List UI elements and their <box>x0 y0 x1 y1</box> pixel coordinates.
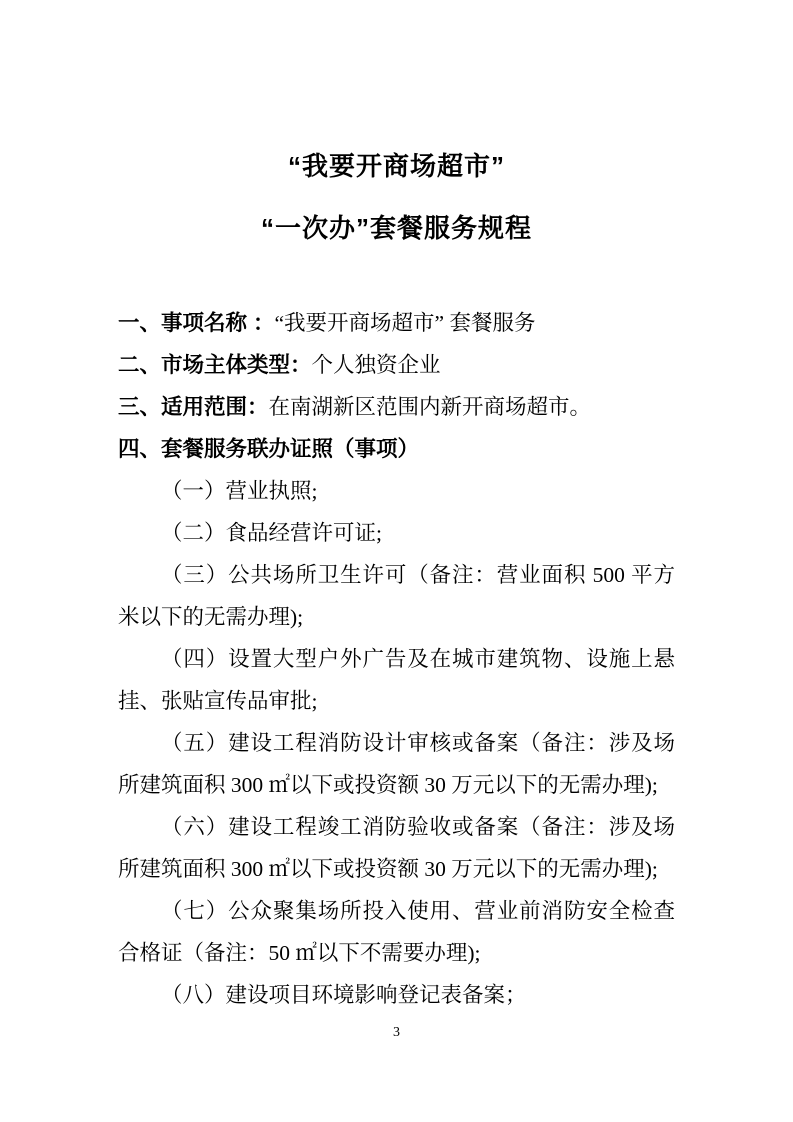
document-page: “我要开商场超市” “一次办”套餐服务规程 一、事项名称 ：“我要开商场超市” … <box>0 0 793 1122</box>
list-item: （二）食品经营许可证; <box>118 512 675 554</box>
list-item: （五）建设工程消防设计审核或备案（备注：涉及场所建筑面积 300 ㎡以下或投资额… <box>118 722 675 806</box>
section-label: 四、套餐服务联办证照（事项） <box>118 437 419 461</box>
section-value: 个人独资企业 <box>312 353 441 377</box>
page-number: 3 <box>0 1024 793 1042</box>
section-value: “我要开商场超市” 套餐服务 <box>274 311 535 335</box>
section-label: 一、事项名称 ： <box>118 311 274 335</box>
section-heading-scope: 三、适用范围：在南湖新区范围内新开商场超市。 <box>118 386 675 428</box>
doc-title-line2: “一次办”套餐服务规程 <box>118 212 675 244</box>
section-heading-licenses: 四、套餐服务联办证照（事项） <box>118 428 675 470</box>
section-label: 三、适用范围： <box>118 395 269 419</box>
list-item: （六）建设工程竣工消防验收或备案（备注：涉及场所建筑面积 300 ㎡以下或投资额… <box>118 806 675 890</box>
list-item: （一）营业执照; <box>118 470 675 512</box>
section-label: 二、市场主体类型： <box>118 353 312 377</box>
list-item: （七）公众聚集场所投入使用、营业前消防安全检查合格证（备注：50 ㎡以下不需要办… <box>118 890 675 974</box>
list-item: （八）建设项目环境影响登记表备案； <box>118 974 675 1016</box>
list-item: （四）设置大型户外广告及在城市建筑物、设施上悬挂、张贴宣传品审批; <box>118 638 675 722</box>
document-content: “我要开商场超市” “一次办”套餐服务规程 一、事项名称 ：“我要开商场超市” … <box>118 150 675 1016</box>
section-value: 在南湖新区范围内新开商场超市。 <box>269 395 592 419</box>
list-item: （三）公共场所卫生许可（备注：营业面积 500 平方米以下的无需办理); <box>118 554 675 638</box>
section-heading-entity-type: 二、市场主体类型：个人独资企业 <box>118 344 675 386</box>
doc-title-line1: “我要开商场超市” <box>118 150 675 182</box>
section-heading-item-name: 一、事项名称 ：“我要开商场超市” 套餐服务 <box>118 302 675 344</box>
doc-body: 一、事项名称 ：“我要开商场超市” 套餐服务 二、市场主体类型：个人独资企业 三… <box>118 302 675 1016</box>
